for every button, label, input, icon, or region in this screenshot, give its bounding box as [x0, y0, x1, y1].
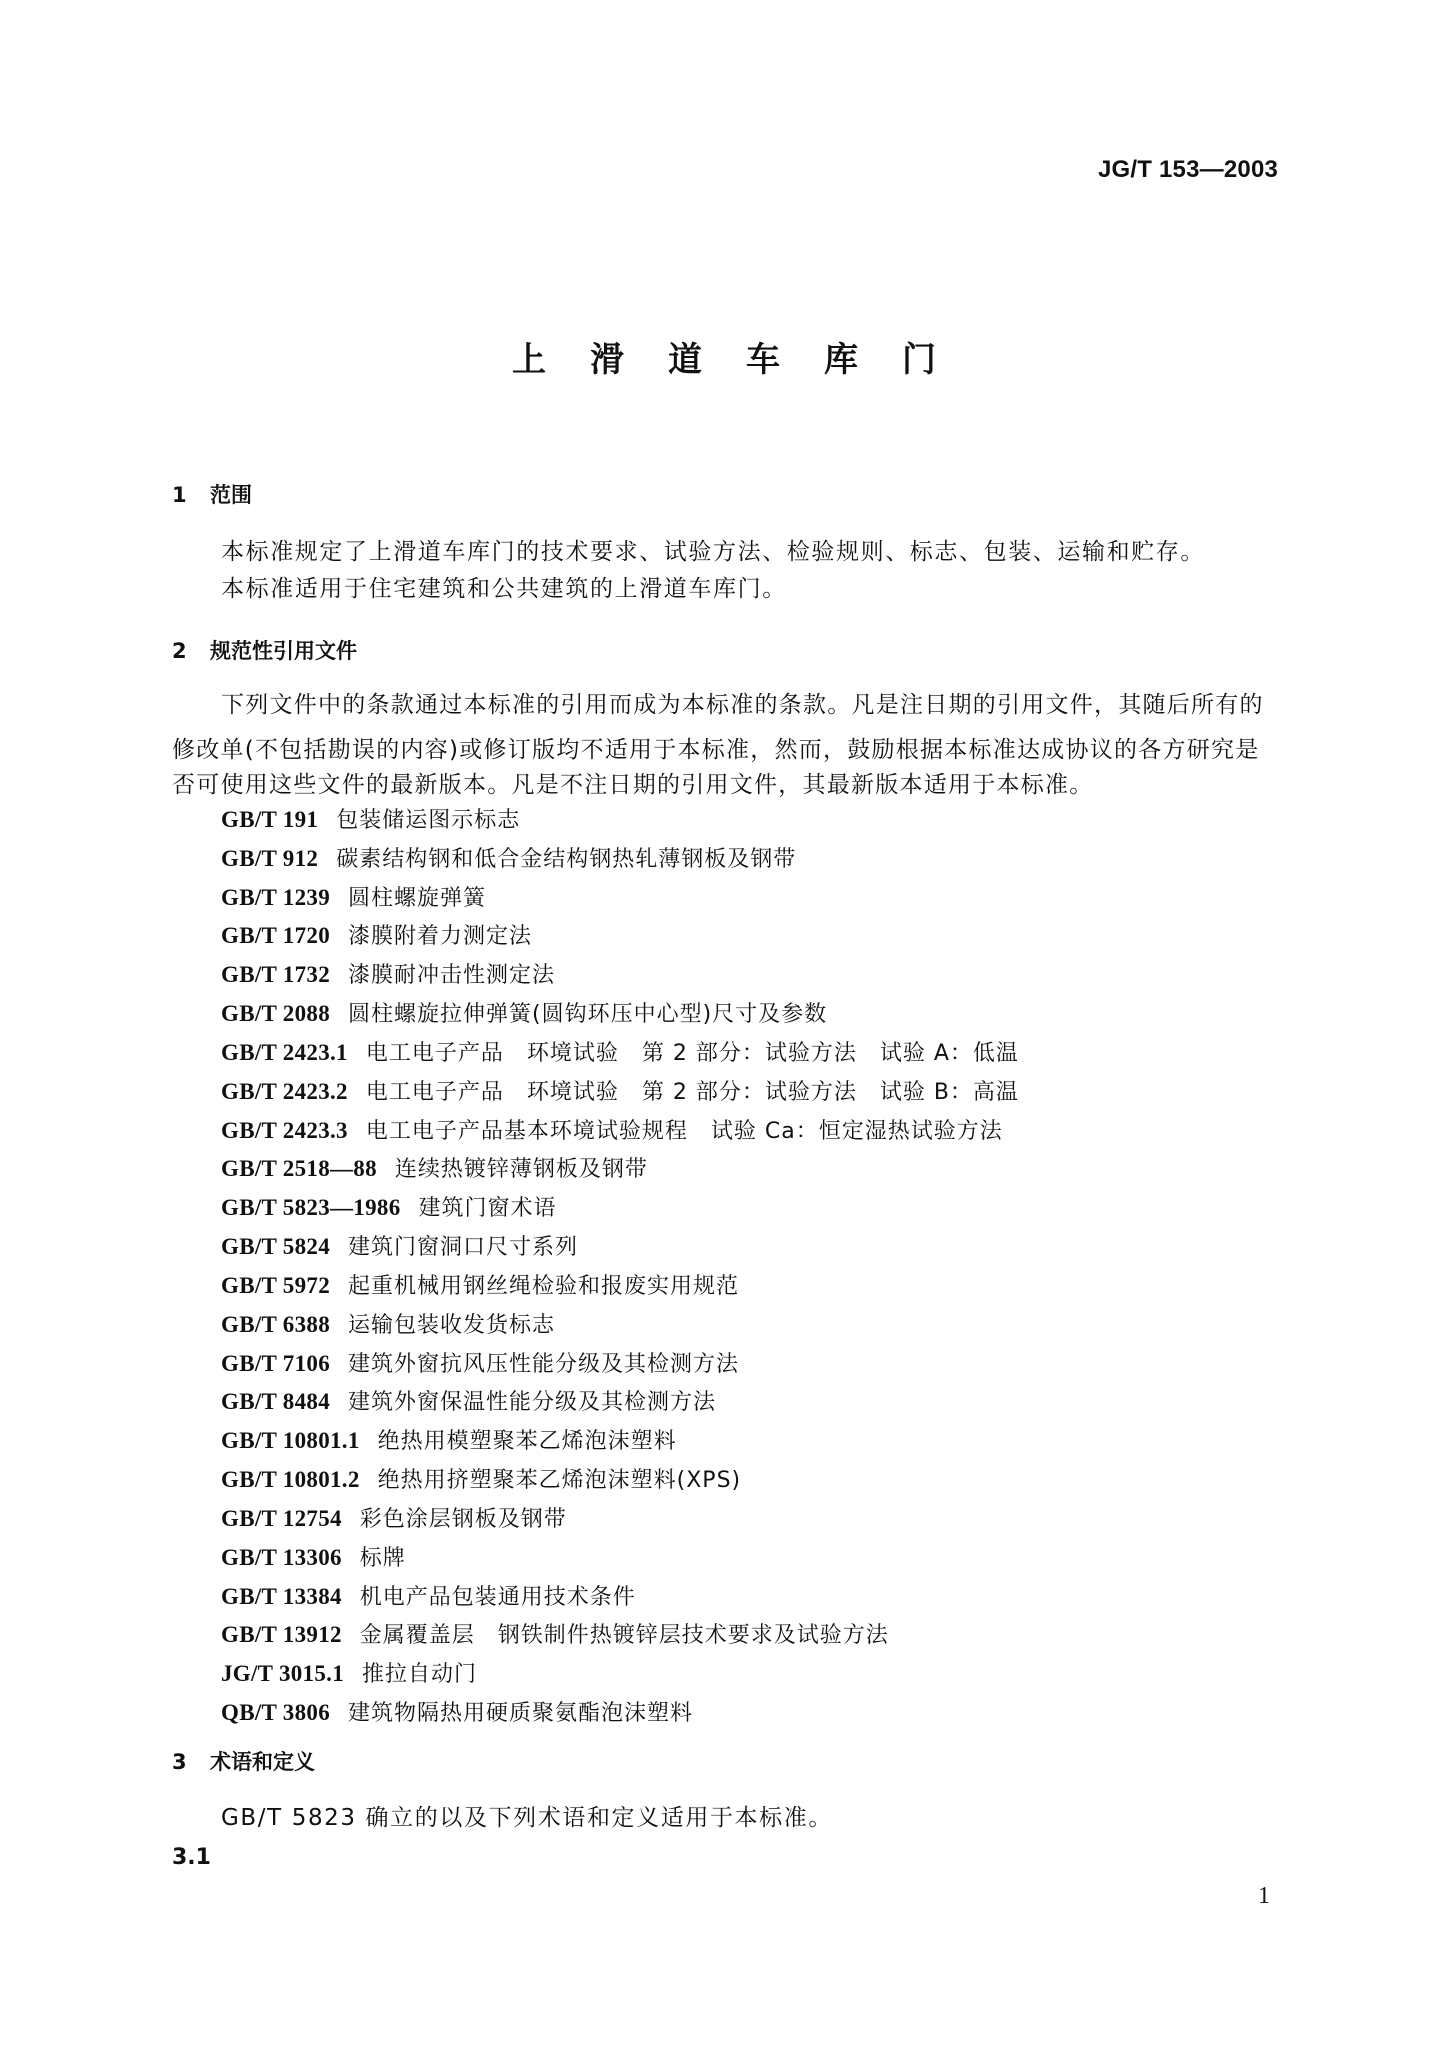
document-title: 上滑道车库门 — [0, 338, 1448, 382]
reference-code: GB/T 1732 — [221, 962, 330, 987]
section-title: 范围 — [210, 483, 252, 507]
reference-item: JG/T 3015.1推拉自动门 — [221, 1659, 477, 1690]
page-number: 1 — [1258, 1883, 1270, 1910]
reference-item: GB/T 7106建筑外窗抗风压性能分级及其检测方法 — [221, 1349, 739, 1380]
reference-code: GB/T 10801.2 — [221, 1467, 360, 1492]
reference-item: GB/T 10801.1绝热用模塑聚苯乙烯泡沫塑料 — [221, 1426, 677, 1457]
reference-title: 建筑外窗抗风压性能分级及其检测方法 — [348, 1352, 739, 1377]
reference-title: 连续热镀锌薄钢板及钢带 — [395, 1157, 648, 1182]
reference-item: GB/T 2518—88连续热镀锌薄钢板及钢带 — [221, 1154, 648, 1185]
section-1-heading: 1范围 — [172, 481, 252, 509]
section-1-paragraph-line: 本标准适用于住宅建筑和公共建筑的上滑道车库门。 — [221, 574, 787, 604]
reference-code: QB/T 3806 — [221, 1700, 330, 1725]
section-2-paragraph-line: 下列文件中的条款通过本标准的引用而成为本标准的条款。凡是注日期的引用文件，其随后… — [221, 690, 1264, 720]
reference-title: 电工电子产品基本环境试验规程 试验 Ca：恒定湿热试验方法 — [366, 1119, 1003, 1144]
reference-code: GB/T 912 — [221, 846, 318, 871]
reference-item: QB/T 3806建筑物隔热用硬质聚氨酯泡沫塑料 — [221, 1698, 693, 1729]
reference-title: 建筑外窗保温性能分级及其检测方法 — [348, 1390, 716, 1415]
reference-code: JG/T 3015.1 — [221, 1661, 344, 1686]
reference-item: GB/T 13306标牌 — [221, 1543, 406, 1574]
reference-code: GB/T 13306 — [221, 1545, 342, 1570]
reference-code: GB/T 5824 — [221, 1234, 330, 1259]
reference-title: 碳素结构钢和低合金结构钢热轧薄钢板及钢带 — [336, 847, 796, 872]
section-title: 规范性引用文件 — [210, 639, 357, 663]
reference-title: 机电产品包装通用技术条件 — [360, 1585, 636, 1610]
section-3-heading: 3术语和定义 — [172, 1748, 315, 1776]
reference-code: GB/T 191 — [221, 807, 318, 832]
reference-item: GB/T 2423.1电工电子产品 环境试验 第 2 部分：试验方法 试验 A：… — [221, 1038, 1019, 1069]
section-2-paragraph-line: 修改单(不包括勘误的内容)或修订版均不适用于本标准，然而，鼓励根据本标准达成协议… — [172, 735, 1259, 765]
section-number: 2 — [172, 637, 210, 665]
reference-title: 电工电子产品 环境试验 第 2 部分：试验方法 试验 A：低温 — [366, 1041, 1019, 1066]
reference-title: 绝热用模塑聚苯乙烯泡沫塑料 — [378, 1429, 677, 1454]
reference-title: 推拉自动门 — [362, 1662, 477, 1687]
reference-title: 绝热用挤塑聚苯乙烯泡沫塑料(XPS) — [378, 1468, 741, 1493]
reference-code: GB/T 2423.1 — [221, 1040, 348, 1065]
reference-title: 电工电子产品 环境试验 第 2 部分：试验方法 试验 B：高温 — [366, 1080, 1019, 1105]
reference-item: GB/T 8484建筑外窗保温性能分级及其检测方法 — [221, 1387, 716, 1418]
reference-code: GB/T 1720 — [221, 923, 330, 948]
reference-title: 建筑门窗洞口尺寸系列 — [348, 1235, 578, 1260]
reference-item: GB/T 912碳素结构钢和低合金结构钢热轧薄钢板及钢带 — [221, 844, 796, 875]
reference-code: GB/T 6388 — [221, 1312, 330, 1337]
reference-code: GB/T 12754 — [221, 1506, 342, 1531]
reference-title: 起重机械用钢丝绳检验和报废实用规范 — [348, 1274, 739, 1299]
reference-code: GB/T 13912 — [221, 1622, 342, 1647]
reference-title: 彩色涂层钢板及钢带 — [360, 1507, 567, 1532]
reference-item: GB/T 6388运输包装收发货标志 — [221, 1310, 555, 1341]
subsection-number: 3.1 — [172, 1844, 211, 1872]
section-3-paragraph-line: GB/T 5823 确立的以及下列术语和定义适用于本标准。 — [221, 1803, 833, 1833]
section-1-paragraph-line: 本标准规定了上滑道车库门的技术要求、试验方法、检验规则、标志、包装、运输和贮存。 — [221, 537, 1205, 567]
reference-item: GB/T 5972起重机械用钢丝绳检验和报废实用规范 — [221, 1271, 739, 1302]
reference-item: GB/T 12754彩色涂层钢板及钢带 — [221, 1504, 567, 1535]
reference-title: 金属覆盖层 钢铁制件热镀锌层技术要求及试验方法 — [360, 1623, 889, 1648]
reference-code: GB/T 2423.2 — [221, 1079, 348, 1104]
reference-title: 漆膜附着力测定法 — [348, 924, 532, 949]
reference-code: GB/T 10801.1 — [221, 1428, 360, 1453]
reference-title: 包装储运图示标志 — [336, 808, 520, 833]
reference-title: 建筑门窗术语 — [419, 1196, 557, 1221]
reference-item: GB/T 10801.2绝热用挤塑聚苯乙烯泡沫塑料(XPS) — [221, 1465, 741, 1496]
reference-title: 圆柱螺旋拉伸弹簧(圆钩环压中心型)尺寸及参数 — [348, 1002, 827, 1027]
section-2-heading: 2规范性引用文件 — [172, 637, 357, 665]
reference-item: GB/T 13384机电产品包装通用技术条件 — [221, 1582, 636, 1613]
reference-title: 建筑物隔热用硬质聚氨酯泡沫塑料 — [348, 1701, 693, 1726]
reference-item: GB/T 5823—1986建筑门窗术语 — [221, 1193, 557, 1224]
reference-code: GB/T 2518—88 — [221, 1156, 377, 1181]
section-title: 术语和定义 — [210, 1750, 315, 1774]
reference-title: 运输包装收发货标志 — [348, 1313, 555, 1338]
reference-item: GB/T 1732漆膜耐冲击性测定法 — [221, 960, 555, 991]
reference-title: 漆膜耐冲击性测定法 — [348, 963, 555, 988]
reference-item: GB/T 2423.3电工电子产品基本环境试验规程 试验 Ca：恒定湿热试验方法 — [221, 1116, 1003, 1147]
reference-title: 圆柱螺旋弹簧 — [348, 886, 486, 911]
reference-code: GB/T 5972 — [221, 1273, 330, 1298]
reference-item: GB/T 13912金属覆盖层 钢铁制件热镀锌层技术要求及试验方法 — [221, 1620, 889, 1651]
reference-item: GB/T 2088圆柱螺旋拉伸弹簧(圆钩环压中心型)尺寸及参数 — [221, 999, 827, 1030]
reference-code: GB/T 1239 — [221, 885, 330, 910]
section-number: 3 — [172, 1748, 210, 1776]
reference-title: 标牌 — [360, 1546, 406, 1571]
reference-code: GB/T 5823—1986 — [221, 1195, 401, 1220]
standard-code-header: JG/T 153—2003 — [1098, 156, 1278, 184]
reference-item: GB/T 2423.2电工电子产品 环境试验 第 2 部分：试验方法 试验 B：… — [221, 1077, 1019, 1108]
section-2-paragraph-line: 否可使用这些文件的最新版本。凡是不注日期的引用文件，其最新版本适用于本标准。 — [172, 770, 1094, 800]
reference-code: GB/T 2423.3 — [221, 1118, 348, 1143]
reference-code: GB/T 8484 — [221, 1389, 330, 1414]
reference-item: GB/T 1720漆膜附着力测定法 — [221, 921, 532, 952]
reference-code: GB/T 2088 — [221, 1001, 330, 1026]
reference-code: GB/T 7106 — [221, 1351, 330, 1376]
reference-item: GB/T 191包装储运图示标志 — [221, 805, 520, 836]
section-number: 1 — [172, 481, 210, 509]
reference-code: GB/T 13384 — [221, 1584, 342, 1609]
reference-item: GB/T 5824建筑门窗洞口尺寸系列 — [221, 1232, 578, 1263]
reference-item: GB/T 1239圆柱螺旋弹簧 — [221, 883, 486, 914]
